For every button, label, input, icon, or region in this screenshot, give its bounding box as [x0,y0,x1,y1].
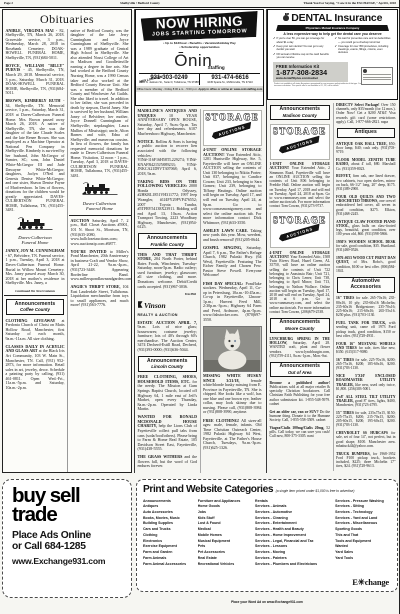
dental-benefit: ✓Coverage for over 350 procedures, inclu… [335,45,393,55]
section-header: AnnouncementsMoore County [270,318,330,334]
buy-sell-trade-ad: buy sell trade Place Ads Online or Call … [2,479,132,598]
category-item: Farm Animal Accessories [143,562,194,568]
funeral-home-name-line2: Funeral Home [71,206,129,211]
category-item: Services - Plumbers and Electricians [255,562,331,568]
masthead-tagline: Thank You For Saying, "I saw it in the E… [303,1,396,5]
classified-entry: FREE CLOTHING! All sizes-all ages: male,… [203,419,262,451]
buysell-website: www.Exchange931.com [12,556,122,566]
classified-entry: THIS AND THAT THRIFT STORE, 204 North Po… [138,253,198,289]
daves-culbertson-funeral-home-logo: Daves-Culbertson Funeral Home [71,182,129,211]
classified-entry: FLOOR MODEL ZENITH TUBE RADIO, about 4' … [336,158,396,171]
classified-entry: WANTED FOR RONALD MCDONALD HOUSE CHARITY… [138,415,198,451]
now-hiring-ad: NOW HIRING JOBS STARTING TOMORROW • Up t… [135,9,264,106]
classified-entry: 16" TIRES for sale. 265-70x16; 235-80x16… [336,296,396,317]
classified-column-4: STORAGE AUCTIONS 4-UNIT ONLINE STORAGE A… [200,109,265,473]
buysell-phone: or Call 684-1285 [12,541,122,552]
classified-entry: 1-UNIT ONLINE STORAGE AUCTION!! Your Ext… [270,162,331,208]
categories-column-2: Furniture and AppliancesHome GoodsJobsKi… [198,499,251,568]
section-header: Antiques [337,128,396,139]
check-icon: ✓ [273,53,275,59]
dental-benefit: ✓NO annual or lifetime cap on the cash b… [273,53,331,59]
steam-train-icon [17,217,53,230]
classified-entry: ESTATE AUCTION APRIL 7, 9a.m. Lots of ni… [138,321,198,353]
dental-insurance-ad: DENTAL Insurance Physicians Mutual Insur… [267,9,398,100]
check-icon: ✓ [335,37,337,43]
classified-entry: ANTIQUE OAK HALL TREE, $50; floor lamp, … [336,142,396,155]
kit-url: www.dental50plus.com/cadnet [276,76,345,80]
continued-note: Continued On Next Column [6,289,65,293]
auctions-ribbon: AUCTIONS [277,135,320,155]
dental-benefit: ✓No wait for preventive care and no dedu… [335,37,393,43]
check-icon: ✓ [335,45,337,55]
physicians-mutual-band: Physicians Mutual Insurance Company [276,25,389,31]
classified-entry: CHEVROLET SS HUBCAPS for sale, set of fo… [336,431,396,448]
category-item: Recreational Vehicles [198,562,251,568]
categories-column-4: Services - Pressure WashingServices - Si… [335,499,391,568]
obituary-entry: native of Bedford County, was the daught… [71,29,129,179]
categories-note: (a single item priced under $1,000 is fr… [276,489,355,493]
top-rule [0,7,400,8]
realty-name: Vinson [144,301,166,310]
onin-location-2: 931-474-6616 1045 Sparta St., McMinnvill… [200,74,260,85]
vinson-realty-auction-logo: Firm 8594 Vinson REALTY & AUCTION [138,293,198,318]
classified-entry: FOUR 16" MUSTANG WHEELS AND TIRES for sa… [336,342,396,355]
onin-hours-bar: Office hours: Monday - Friday 8:00 a.m. … [136,86,263,91]
divider [69,215,131,216]
kit-phone-number: 1-877-308-2834 [276,69,345,77]
section-header: AnnouncementsMadison County [270,105,330,121]
classified-entry: BUFFET, firm oak, one lined drawer, two … [336,174,396,191]
obituaries-region: Obituaries ANIBLE, VIRGINIA MAI - 82, Sh… [2,9,132,473]
buysell-line2: trade [12,506,122,525]
classified-entry: YOU'RE INVITED to Miller's Pond Manchest… [71,250,129,282]
onin-address-2: 1045 Sparta St., McMinnville, TN 37110 [200,81,260,84]
classified-entry: TRUCK BUMPERS, for 1968-1952 Ford F100 p… [336,452,396,469]
onin-office-hours: Office hours: Monday - Friday 8:00 a.m. … [137,88,198,91]
flag-icon [138,301,143,308]
check-icon: ✓ [273,37,275,43]
storage-label: STORAGE [271,215,330,225]
check-icon: ✓ [273,45,275,51]
storage-auctions-graphic: STORAGE AUCTIONS [270,212,331,248]
storage-label: STORAGE [271,126,330,136]
classified-entry: FISH DAY SPECIAL: Pond/lake stockers. We… [203,282,262,323]
classified-entry: CLASSES DAILY IN ACRYLIC AND GLASS ART a… [6,345,65,390]
edition-label: Shelbyville • Bedford County [70,1,210,5]
section-header: AutomotiveAccessories [337,277,396,293]
classified-entry: NICE 5'X10' ENCLOSED ROADMASTER UTILITY … [336,374,396,391]
classified-entry: CLOTHING GIVEAWAY at Fredonia Church of … [6,319,65,342]
classified-entry: 1930'S WOODEN SCHOOL DESK for sale, good… [336,240,396,253]
categories-column-3: RentalsServices - AnimalsServices - Auto… [255,499,331,568]
buysell-cta1: Place Ads Online [12,530,122,541]
section-header: AnnouncementsLincoln County [138,356,197,372]
realty-subtitle: REALTY & AUCTION [138,313,198,317]
section-header: AnnouncementsCoffee County [6,299,64,315]
onin-apply-url: Apply in office or online at: www.oninst… [198,88,262,91]
free-info-kit-box: FREE Information Kit 1-877-308-2834 www.… [273,62,348,82]
classified-entry: FREE CLOTHING, SHOES, HOUSEHOLD ITEMS, E… [138,375,198,411]
classified-entry: ANTIQUE CLAW FOOTED PIANO STOOL, glass b… [336,220,396,237]
classified-column-3: MADELINE'S ANTIQUES AND UNIQUES 10 YEAR … [135,109,200,473]
classified-entry: ASHLEY LAWN CARE. Taking new yards this … [203,229,262,243]
classified-entry: 15" TIRES for sale, 235x75x15, $150; 225… [336,411,396,428]
onin-wordmark-sub: Staffing [208,65,225,70]
insurance-card-graphic [361,67,393,85]
storage-auctions-graphic: STORAGE AUCTIONS [270,124,331,160]
missing-husky-photo [203,326,262,372]
steam-train-icon [82,182,118,195]
classified-entry: LYNCHBURG SPRING IN THE HOLLOW, Saturday… [270,337,331,358]
classified-entry: Viagra/Cialis 100mg/Cialis 20mg, 52 pill… [270,426,331,439]
classified-entry: 4-UNIT ONLINE STORAGE AUCTION!! Your Ext… [270,251,331,314]
categories-box: Print and Website Categories (a single i… [136,479,398,592]
realty-firm-number: Firm 8594 [185,293,196,296]
classified-entry: FUEL TANK FOR TRUCK, with sending unit, … [336,321,396,338]
section-header: AnnouncementsFranklin County [138,233,197,249]
page-number: Page 2 [4,1,13,5]
classified-entry: DIRECTV Select Package! Over 150 channel… [336,103,396,124]
onin-staffing-logo: Ōnin Staffing [139,52,260,70]
classified-column-5: AnnouncementsMadison County STORAGE AUCT… [267,103,333,471]
obituary-entry: ANIBLE, VIRGINIA MAI - 82, Shelbyville, … [6,29,65,61]
obituaries-column-1: ANIBLE, VIRGINIA MAI - 82, Shelbyville, … [3,29,67,474]
storage-auctions-graphic: STORAGE AUCTIONS [203,110,262,146]
funeral-home-name-line2: Funeral Home [6,240,65,245]
categories-column-1: AnnouncementsAntiquesAuto AccessoriesBoo… [143,499,194,568]
classified-entry: 4'x8' ALL STEEL TILT UTILITY TRAILER, go… [336,395,396,408]
classified-entry: Become a published author! Publications … [270,381,331,406]
classified-entry: 1976 #653 WOOD CUT PRINT DAN QUEST, of M… [336,256,396,273]
classified-entry: AUCTION Saturday, April 7, 2 p.m., Hall … [71,219,129,246]
classified-entry: MISSING WHITE HUSKY SINCE 3/21/18, femal… [203,374,262,415]
obituary-entry: JANEY, JOY M. CUNNINGHAM - 67, Belvidere… [6,249,65,285]
dental-ad-title: DENTAL Insurance [291,12,382,24]
apple-icon [283,15,290,22]
classified-entry: THE GRASS WITHERS and the flowers fall, … [138,455,198,469]
classified-entry: FOUR OLD QUILTS AND TWO CROCHETED THROWS… [336,195,396,216]
middle-region: NOW HIRING JOBS STARTING TOMORROW • Up t… [135,9,264,473]
classified-entry: NOTICE. Rollins & Sons is having a publi… [138,140,198,176]
classified-entry: Get an older car, van or SUV? Do the hum… [270,410,331,423]
right-region: DENTAL Insurance Physicians Mutual Insur… [267,9,398,473]
now-hiring-banner: NOW HIRING JOBS STARTING TOMORROW [141,11,259,41]
obituaries-title: Obituaries [3,12,131,27]
classified-entry: 16" TIRES for sale, 225-70x16, $200; 265… [336,358,396,371]
classified-entry: TAKING BIDS ON THE FOLLOWING VEHICLES: 2… [138,180,198,230]
auctions-ribbon: AUCTIONS [211,121,253,140]
onin-wordmark: Ōnin [174,51,212,70]
obituary-entry: BOYCE, WILLIAM "BILLY" PURVIS - 45, Shel… [6,64,65,96]
card-apple-icon [363,69,367,73]
classified-column-6: DIRECTV Select Package! Over 150 channel… [333,103,399,471]
word-ad-footer: Place your Word Ad on www.Exchange931.co… [136,600,398,604]
onin-benefits-line2: • Scholarship opportunities [139,46,260,50]
dental-benefit: ✓If you're over 50, you can get coverage… [273,37,331,43]
classified-entry: MADELINE'S ANTIQUES AND UNIQUES 10 YEAR … [138,109,198,136]
dental-benefit: ✓Keep your own dentist! You can go to an… [273,45,331,51]
divider [4,295,67,296]
white-dog-photo [204,327,261,371]
obituary-entry: BROWN, KIMBERLY RUTH - 34, Shelbyville, … [6,99,65,213]
classified-entry: ANGIE'S THRIFT STORE, 104 East Lauderdal… [71,285,129,308]
auctions-ribbon: AUCTIONS [277,223,320,243]
category-item: Yard Tools [335,556,391,562]
daves-culbertson-funeral-home-logo: Daves-Culbertson Funeral Home [6,217,65,246]
section-header: AnnouncementsOut of Area [270,362,330,378]
classified-entry: GOSPEL SINGING, Saturday, April 7, 6 p.m… [203,246,262,278]
obituaries-column-2: native of Bedford County, was the daught… [67,29,131,474]
exchange-logo: E✳change [352,577,389,588]
storage-label: STORAGE [204,112,261,122]
dental-tagline: A less expensive way to help get the den… [272,32,393,36]
classified-entry: 4-UNIT ONLINE STORAGE AUCTION!! Your Ext… [203,148,262,225]
categories-title: Print and Website Categories [143,484,273,495]
